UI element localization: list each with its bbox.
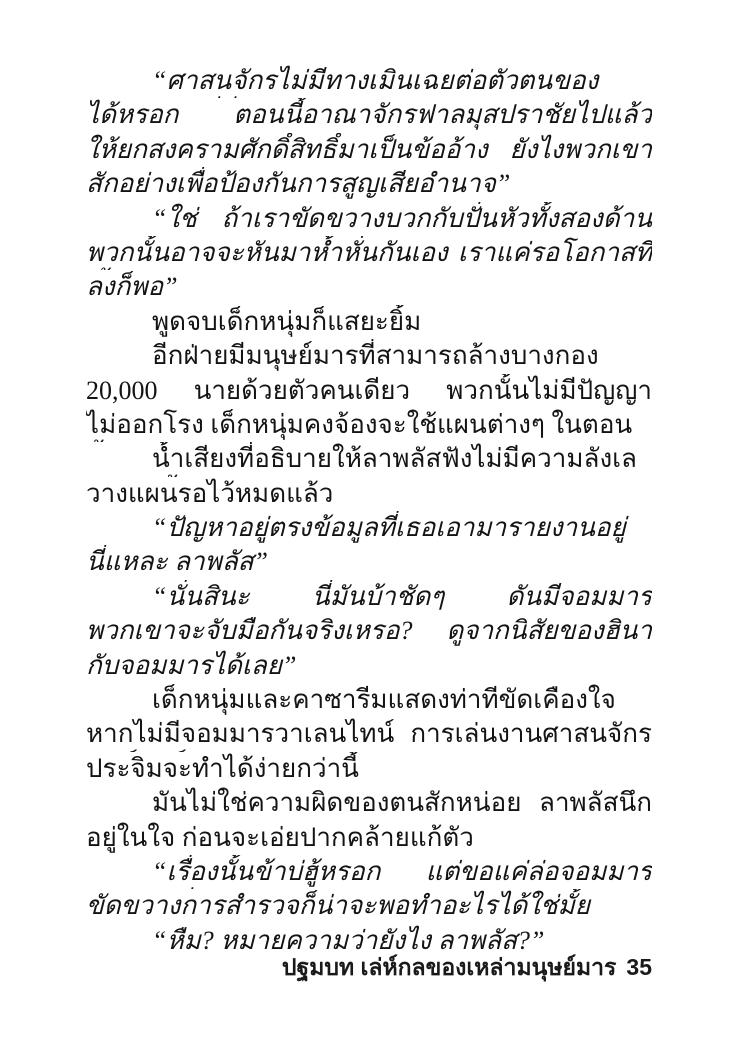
text-line: พูดจบเด็กหนุ่มก็แสยะยิ้ม <box>86 305 652 339</box>
text-line: หากไม่มีจอมมารวาเลนไทน์ การเล่นงานศาสนจั… <box>86 717 652 751</box>
text-line: “เรื่องนั้นข้าบ่ฮู้หรอก แต่ขอแค่ล่อจอมมา… <box>86 855 652 889</box>
text-line: “ศาสนจักรไม่มีทางเมินเฉยต่อตัวตนของมนุษย… <box>86 64 652 98</box>
text-line: ไม่ออกโรง เด็กหนุ่มคงจ้องจะใช้แผนต่างๆ ใ… <box>86 408 652 442</box>
text-line: อยู่ในใจ ก่อนจะเอ่ยปากคล้ายแก้ตัว <box>86 821 652 855</box>
text-line: ขัดขวางการสำรวจก็น่าจะพอทำอะไรได้ใช่มั้ย… <box>86 889 652 923</box>
page-footer: ปฐมบท เล่ห์กลของเหล่ามนุษย์มาร35 <box>282 952 652 982</box>
paragraph: “ศาสนจักรไม่มีทางเมินเฉยต่อตัวตนของมนุษย… <box>86 64 652 202</box>
paragraph: “เรื่องนั้นข้าบ่ฮู้หรอก แต่ขอแค่ล่อจอมมา… <box>86 855 652 924</box>
text-line: ประจิมจะทำได้ง่ายกว่านี้ <box>86 752 652 786</box>
paragraph: “นั่นสินะ นี่มันบ้าชัดๆ ดันมีจอมมารวาเลน… <box>86 580 652 683</box>
paragraph: “ใช่ ถ้าเราขัดขวางบวกกับปั่นหัวทั้งสองด้… <box>86 202 652 305</box>
page-number: 35 <box>626 954 652 980</box>
book-page: “ศาสนจักรไม่มีทางเมินเฉยต่อตัวตนของมนุษย… <box>0 0 738 1051</box>
paragraph: มันไม่ใช่ความผิดของตนสักหน่อย ลาพลัสนึกอ… <box>86 786 652 855</box>
text-line: ให้ยกสงครามศักดิ์สิทธิ์มาเป็นข้ออ้าง ยัง… <box>86 133 652 167</box>
paragraph: อีกฝ่ายมีมนุษย์มารที่สามารถล้างบางกองกำล… <box>86 339 652 442</box>
paragraph: “ปัญหาอยู่ตรงข้อมูลที่เธอเอามารายงานอยู่… <box>86 511 652 580</box>
paragraph: พูดจบเด็กหนุ่มก็แสยะยิ้ม <box>86 305 652 339</box>
paragraph: น้ำเสียงที่อธิบายให้ลาพลัสฟังไม่มีความลั… <box>86 442 652 511</box>
text-line: มันไม่ใช่ความผิดของตนสักหน่อย ลาพลัสนึกอ… <box>86 786 652 820</box>
text-line: “ปัญหาอยู่ตรงข้อมูลที่เธอเอามารายงานอยู่… <box>86 511 652 545</box>
page-text: “ศาสนจักรไม่มีทางเมินเฉยต่อตัวตนของมนุษย… <box>86 64 652 958</box>
text-line: “ใช่ ถ้าเราขัดขวางบวกกับปั่นหัวทั้งสองด้… <box>86 202 652 236</box>
text-line: นี่แหละ ลาพลัส” <box>86 545 652 579</box>
text-line: สักอย่างเพื่อป้องกันการสูญเสียอำนาจ” <box>86 167 652 201</box>
text-line: กับจอมมารได้เลย” <box>86 649 652 683</box>
text-line: น้ำเสียงที่อธิบายให้ลาพลัสฟังไม่มีความลั… <box>86 442 652 476</box>
text-line: ได้หรอก ตอนนี้อาณาจักรฟาลมุสปราชัยไปแล้ว… <box>86 98 652 132</box>
text-line: “นั่นสินะ นี่มันบ้าชัดๆ ดันมีจอมมารวาเลน… <box>86 580 652 614</box>
text-line: พวกเขาจะจับมือกันจริงเหรอ? ดูจากนิสัยของ… <box>86 614 652 648</box>
text-line: พวกนั้นอาจจะหันมาห้ำหั่นกันเอง เราแค่รอโ… <box>86 236 652 270</box>
text-line: 20,000 นายด้วยตัวคนเดียว พวกนั้นไม่มีปัญ… <box>86 374 652 408</box>
chapter-title: ปฐมบท เล่ห์กลของเหล่ามนุษย์มาร <box>282 954 617 980</box>
text-line: เด็กหนุ่มและคาซารีมแสดงท่าทีขัดเคืองใจเล… <box>86 683 652 717</box>
text-line: ลงก็พอ” <box>86 270 652 304</box>
text-line: อีกฝ่ายมีมนุษย์มารที่สามารถล้างบางกองกำล… <box>86 339 652 373</box>
text-line: วางแผนรอไว้หมดแล้ว <box>86 477 652 511</box>
paragraph: เด็กหนุ่มและคาซารีมแสดงท่าทีขัดเคืองใจเล… <box>86 683 652 786</box>
